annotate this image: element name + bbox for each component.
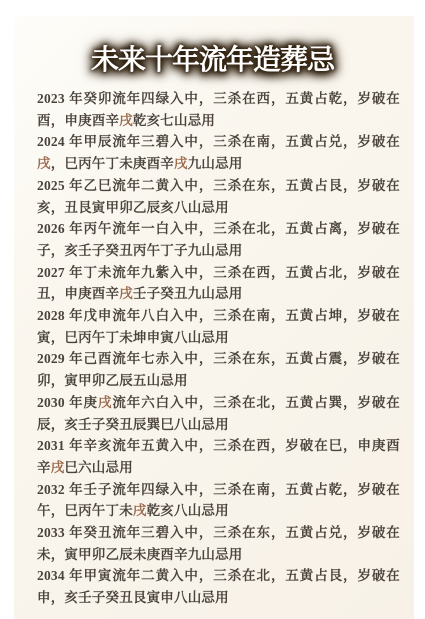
entry-line: 辰，亥壬子癸丑辰巽巳八山忌用 — [37, 414, 400, 436]
entry-2026: 2026 年丙午流年一白入中，三杀在北，五黄占离，岁破在子，亥壬子癸丑丙午丁子九… — [37, 218, 400, 261]
entry-2032: 2032 年壬子流年四绿入中，三杀在南，五黄占乾，岁破在午，巳丙午丁未戌乾亥八山… — [37, 479, 400, 522]
page-title: 未来十年流年造葬忌 — [0, 38, 425, 78]
highlighted-char: 戌 — [119, 113, 133, 128]
entry-line: 申，亥壬子癸丑艮寅申八山忌用 — [37, 587, 400, 609]
entry-2033: 2033 年癸丑流年三碧入中，三杀在东，五黄占兑，岁破在未，寅甲卯乙辰未庚酉辛九… — [37, 522, 400, 565]
entry-line: 子，亥壬子癸丑丙午丁子九山忌用 — [37, 240, 400, 262]
entry-line: 亥，丑艮寅甲卯乙辰亥八山忌用 — [37, 197, 400, 219]
entries-list: 2023 年癸卯流年四绿入中，三杀在西，五黄占乾，岁破在酉，申庚酉辛戌乾亥七山忌… — [37, 88, 400, 609]
highlighted-char: 戌 — [98, 395, 112, 410]
highlighted-char: 戌 — [174, 156, 188, 171]
entry-line: 寅，巳丙午丁未坤申寅八山忌用 — [37, 327, 400, 349]
entry-2027: 2027 年丁未流年九紫入中，三杀在西，五黄占北，岁破在丑，申庚酉辛戌壬子癸丑九… — [37, 262, 400, 305]
entry-line: 2034 年甲寅流年二黄入中，三杀在北，五黄占艮，岁破在 — [37, 565, 400, 587]
entry-line: 2027 年丁未流年九紫入中，三杀在西，五黄占北，岁破在 — [37, 262, 400, 284]
entry-line: 丑，申庚酉辛戌壬子癸丑九山忌用 — [37, 283, 400, 305]
entry-2034: 2034 年甲寅流年二黄入中，三杀在北，五黄占艮，岁破在申，亥壬子癸丑艮寅申八山… — [37, 565, 400, 608]
highlighted-char: 戌 — [51, 460, 65, 475]
entry-2028: 2028 年戊申流年八白入中，三杀在南，五黄占坤，岁破在寅，巳丙午丁未坤申寅八山… — [37, 305, 400, 348]
entry-line: 2026 年丙午流年一白入中，三杀在北，五黄占离，岁破在 — [37, 218, 400, 240]
entry-line: 卯，寅甲卯乙辰五山忌用 — [37, 370, 400, 392]
entry-line: 酉，申庚酉辛戌乾亥七山忌用 — [37, 110, 400, 132]
entry-2031: 2031 年辛亥流年五黄入中，三杀在西，岁破在巳，申庚酉辛戌巳六山忌用 — [37, 435, 400, 478]
entry-line: 戌，巳丙午丁未庚酉辛戌九山忌用 — [37, 153, 400, 175]
highlighted-char: 戌 — [119, 286, 133, 301]
highlighted-char: 戌 — [37, 156, 51, 171]
entry-line: 2033 年癸丑流年三碧入中，三杀在东，五黄占兑，岁破在 — [37, 522, 400, 544]
entry-line: 2030 年庚戌流年六白入中，三杀在北，五黄占巽，岁破在 — [37, 392, 400, 414]
entry-2024: 2024 年甲辰流年三碧入中，三杀在南，五黄占兑，岁破在戌，巳丙午丁未庚酉辛戌九… — [37, 131, 400, 174]
entry-line: 2032 年壬子流年四绿入中，三杀在南，五黄占乾，岁破在 — [37, 479, 400, 501]
highlighted-char: 戌 — [133, 503, 147, 518]
entry-line: 未，寅甲卯乙辰未庚酉辛九山忌用 — [37, 544, 400, 566]
entry-line: 2031 年辛亥流年五黄入中，三杀在西，岁破在巳，申庚酉 — [37, 435, 400, 457]
entry-2025: 2025 年乙巳流年二黄入中，三杀在东，五黄占艮，岁破在亥，丑艮寅甲卯乙辰亥八山… — [37, 175, 400, 218]
entry-line: 辛戌巳六山忌用 — [37, 457, 400, 479]
entry-line: 2028 年戊申流年八白入中，三杀在南，五黄占坤，岁破在 — [37, 305, 400, 327]
entry-line: 2024 年甲辰流年三碧入中，三杀在南，五黄占兑，岁破在 — [37, 131, 400, 153]
entry-line: 2023 年癸卯流年四绿入中，三杀在西，五黄占乾，岁破在 — [37, 88, 400, 110]
entry-line: 2025 年乙巳流年二黄入中，三杀在东，五黄占艮，岁破在 — [37, 175, 400, 197]
entry-line: 2029 年己酉流年七赤入中，三杀在东，五黄占震，岁破在 — [37, 348, 400, 370]
entry-2023: 2023 年癸卯流年四绿入中，三杀在西，五黄占乾，岁破在酉，申庚酉辛戌乾亥七山忌… — [37, 88, 400, 131]
entry-2030: 2030 年庚戌流年六白入中，三杀在北，五黄占巽，岁破在辰，亥壬子癸丑辰巽巳八山… — [37, 392, 400, 435]
entry-line: 午，巳丙午丁未戌乾亥八山忌用 — [37, 500, 400, 522]
entry-2029: 2029 年己酉流年七赤入中，三杀在东，五黄占震，岁破在卯，寅甲卯乙辰五山忌用 — [37, 348, 400, 391]
